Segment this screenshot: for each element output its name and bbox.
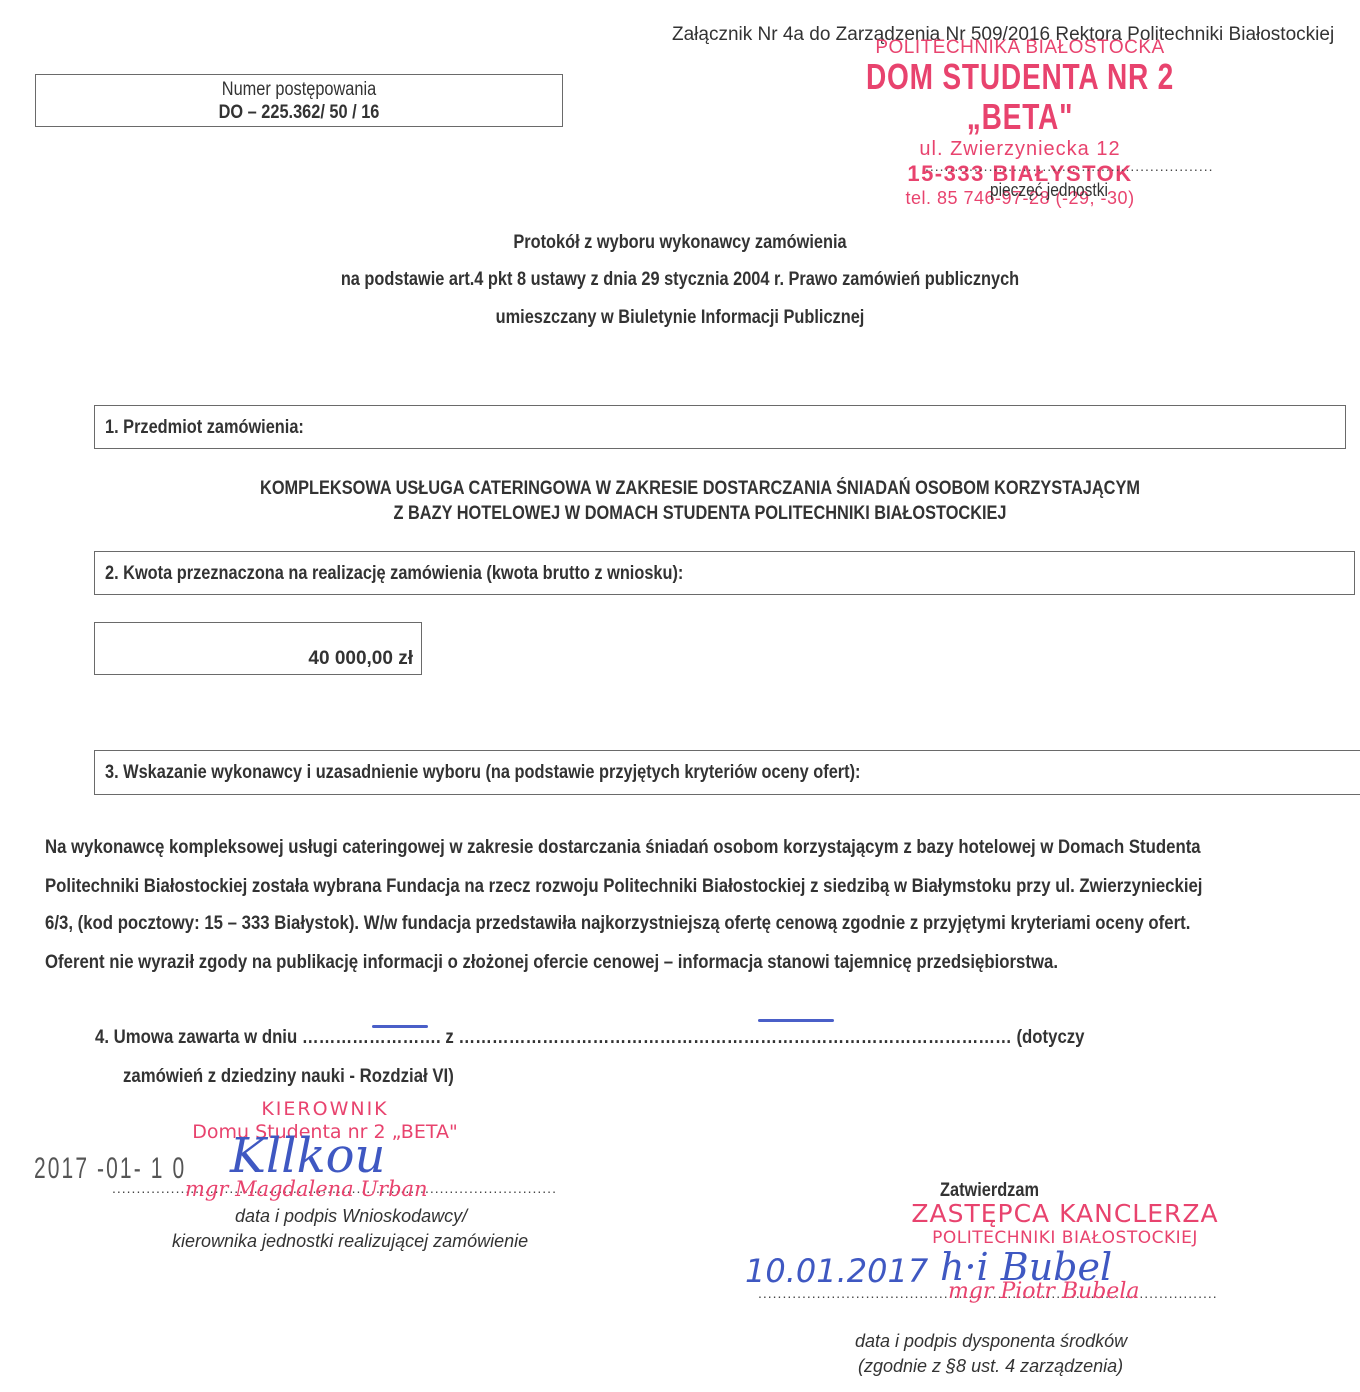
contract-concluded-line: 4. Umowa zawarta w dniu ……………………. z …………… [95,1026,1084,1049]
justification-line-3: 6/3, (kod pocztowy: 15 – 333 Białystok).… [45,912,1190,935]
section-3-label: 3. Wskazanie wykonawcy i uzasadnienie wy… [105,762,860,784]
title-line-1: Protokół z wyboru wykonawcy zamówienia [95,232,1265,254]
contract-concluded-note: zamówień z dziedziny nauki - Rozdział VI… [123,1065,454,1088]
amount-value: 40 000,00 zł [308,648,413,670]
caption-left-2: kierownika jednostki realizującej zamówi… [172,1231,528,1252]
document-title: Protokół z wyboru wykonawcy zamówienia [0,232,1360,254]
justification-line-2: Politechniki Białostockiej została wybra… [45,875,1202,898]
handwritten-signature-right: h·i Bubel [940,1245,1112,1289]
title-line-3: umieszczany w Biuletynie Informacji Publ… [95,307,1265,329]
document-subtitle-publication: umieszczany w Biuletynie Informacji Publ… [0,307,1360,329]
caption-right-1: data i podpis dysponenta środków [855,1331,1127,1352]
unit-stamp-caption: pieczęć jednostki [990,180,1108,201]
pen-strike-party [758,1019,834,1022]
section-1-label: 1. Przedmiot zamówienia: [105,417,304,439]
section-2-label: 2. Kwota przeznaczona na realizację zamó… [105,563,683,585]
case-number: DO – 225.362/ 50 / 16 [73,102,525,124]
unit-stamp-line1: POLITECHNIKA BIAŁOSTOCKA [820,38,1220,57]
section-1-header: 1. Przedmiot zamówienia: [94,405,1346,449]
justification-line-1: Na wykonawcę kompleksowej usługi caterin… [45,836,1201,859]
handwritten-signature-left: Kllkou [230,1128,385,1184]
subject-line-2: Z BAZY HOTELOWEJ W DOMACH STUDENTA POLIT… [0,503,1360,525]
handwritten-date-right: 10.01.2017 [745,1252,928,1290]
section-3-header: 3. Wskazanie wykonawcy i uzasadnienie wy… [94,750,1360,795]
subject-text-2: Z BAZY HOTELOWEJ W DOMACH STUDENTA POLIT… [98,503,1302,525]
subject-line-1: KOMPLEKSOWA USŁUGA CATERINGOWA W ZAKRESI… [0,478,1360,500]
caption-right-2: (zgodnie z §8 ust. 4 zarządzenia) [858,1356,1123,1377]
amount-box: 40 000,00 zł [94,622,422,675]
manager-stamp-line1: KIEROWNIK [150,1098,500,1120]
deputy-chancellor-stamp: ZASTĘPCA KANCLERZA POLITECHNIKI BIAŁOSTO… [900,1200,1230,1248]
justification-line-4: Oferent nie wyraził zgody na publikację … [45,951,1058,974]
document-subtitle-legal-basis: na podstawie art.4 pkt 8 ustawy z dnia 2… [0,269,1360,291]
unit-stamp-line2: DOM STUDENTA NR 2 „BETA" [864,57,1176,137]
case-number-box: Numer postępowania DO – 225.362/ 50 / 16 [35,74,563,127]
title-line-2: na podstawie art.4 pkt 8 ustawy z dnia 2… [95,269,1265,291]
case-number-label: Numer postępowania [73,79,525,101]
section-2-header: 2. Kwota przeznaczona na realizację zamó… [94,551,1355,595]
subject-text-1: KOMPLEKSOWA USŁUGA CATERINGOWA W ZAKRESI… [98,478,1302,500]
caption-left-1: data i podpis Wnioskodawcy/ [235,1206,467,1227]
deputy-chancellor-stamp-line1: ZASTĘPCA KANCLERZA [900,1200,1230,1228]
unit-stamp-dots: ........................................… [925,158,1214,174]
